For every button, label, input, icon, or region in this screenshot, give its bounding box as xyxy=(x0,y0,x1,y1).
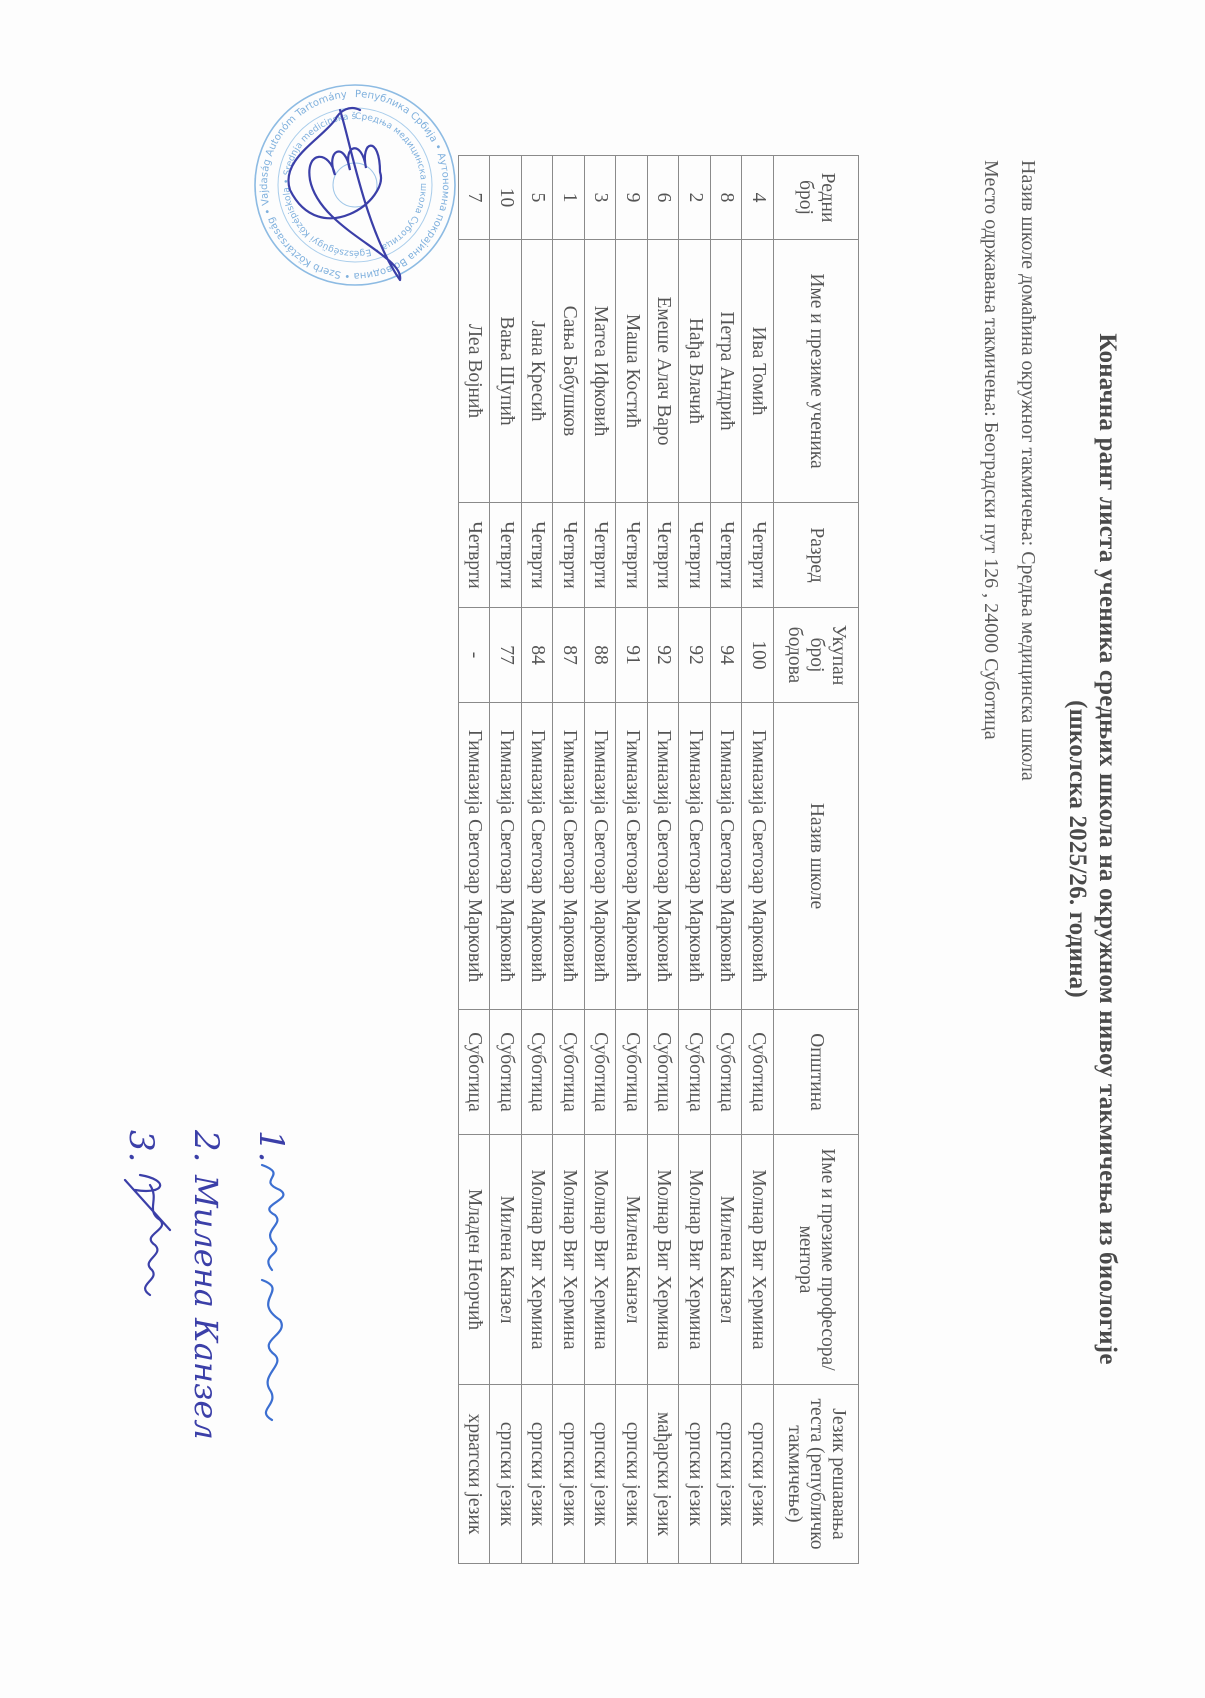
cell-school: Гимназија Светозар Марковић xyxy=(490,703,522,1010)
official-stamp-icon: Република Србија • Аутономна покрајина В… xyxy=(250,80,460,290)
cell-name: Петра Андрић xyxy=(711,240,743,503)
cell-school: Гимназија Светозар Марковић xyxy=(648,703,680,1010)
cell-points: 77 xyxy=(490,608,522,703)
cell-no: 10 xyxy=(490,156,522,240)
cell-mentor: Милена Канзел xyxy=(711,1135,743,1385)
column-header: Језик решавања теста (републичко такмиче… xyxy=(774,1385,859,1564)
table-row: 1Сања БабушковЧетврти87Гимназија Светоза… xyxy=(553,156,585,1564)
cell-language: српски језик xyxy=(490,1385,522,1564)
cell-no: 4 xyxy=(742,156,774,240)
cell-mentor: Милена Канзел xyxy=(490,1135,522,1385)
cell-grade: Четврти xyxy=(522,503,554,608)
signature-number-2: 2. xyxy=(186,1129,226,1162)
cell-points: 92 xyxy=(648,608,680,703)
table-row: 9Маша КостићЧетврти91Гимназија Светозар … xyxy=(616,156,648,1564)
cell-mentor: Молнар Виг Хермина xyxy=(585,1135,617,1385)
ranking-table: Редни бројИме и презиме ученикаРазредУку… xyxy=(458,155,859,1564)
table-row: 7Леа ВојнићЧетврти-Гимназија Светозар Ма… xyxy=(459,156,491,1564)
signature-1-icon xyxy=(262,1165,283,1420)
cell-school: Гимназија Светозар Марковић xyxy=(553,703,585,1010)
cell-language: српски језик xyxy=(616,1385,648,1564)
cell-no: 1 xyxy=(553,156,585,240)
cell-grade: Четврти xyxy=(648,503,680,608)
cell-grade: Четврти xyxy=(490,503,522,608)
cell-language: српски језик xyxy=(553,1385,585,1564)
cell-points: 91 xyxy=(616,608,648,703)
cell-points: 87 xyxy=(553,608,585,703)
document-page: Коначна ранг листа ученика средњих школа… xyxy=(0,0,1205,1698)
cell-school: Гимназија Светозар Марковић xyxy=(679,703,711,1010)
venue-line: Место одржавања такмичења: Београдски пу… xyxy=(979,160,1002,740)
signature-3-icon xyxy=(125,1175,170,1295)
cell-name: Вања Шупић xyxy=(490,240,522,503)
column-header: Име и презиме професора/ментора xyxy=(774,1135,859,1385)
cell-mentor: Младен Неорчић xyxy=(459,1135,491,1385)
cell-points: 84 xyxy=(522,608,554,703)
cell-municipality: Суботица xyxy=(648,1010,680,1135)
cell-mentor: Милена Канзел xyxy=(616,1135,648,1385)
cell-school: Гимназија Светозар Марковић xyxy=(742,703,774,1010)
cell-grade: Четврти xyxy=(585,503,617,608)
cell-name: Маша Костић xyxy=(616,240,648,503)
column-header: Укупан број бодова xyxy=(774,608,859,703)
cell-municipality: Суботица xyxy=(711,1010,743,1135)
cell-points: 92 xyxy=(679,608,711,703)
cell-name: Ива Томић xyxy=(742,240,774,503)
cell-name: Сања Бабушков xyxy=(553,240,585,503)
cell-school: Гимназија Светозар Марковић xyxy=(616,703,648,1010)
table-row: 8Петра АндрићЧетврти94Гимназија Светозар… xyxy=(711,156,743,1564)
cell-mentor: Молнар Виг Хермина xyxy=(553,1135,585,1385)
cell-grade: Четврти xyxy=(616,503,648,608)
column-header: Општина xyxy=(774,1010,859,1135)
cell-points: 94 xyxy=(711,608,743,703)
cell-municipality: Суботица xyxy=(742,1010,774,1135)
cell-municipality: Суботица xyxy=(553,1010,585,1135)
cell-mentor: Молнар Виг Хермина xyxy=(648,1135,680,1385)
cell-grade: Четврти xyxy=(711,503,743,608)
document-subtitle: (школска 2025/26. година) xyxy=(1063,0,1091,1698)
cell-no: 7 xyxy=(459,156,491,240)
cell-points: 100 xyxy=(742,608,774,703)
cell-grade: Четврти xyxy=(679,503,711,608)
cell-grade: Четврти xyxy=(553,503,585,608)
cell-municipality: Суботица xyxy=(616,1010,648,1135)
cell-name: Леа Војнић xyxy=(459,240,491,503)
cell-school: Гимназија Светозар Марковић xyxy=(711,703,743,1010)
cell-no: 5 xyxy=(522,156,554,240)
column-header: Редни број xyxy=(774,156,859,240)
cell-language: српски језик xyxy=(711,1385,743,1564)
table-row: 10Вања ШупићЧетврти77Гимназија Светозар … xyxy=(490,156,522,1564)
cell-points: - xyxy=(459,608,491,703)
cell-name: Јана Кресић xyxy=(522,240,554,503)
cell-municipality: Суботица xyxy=(679,1010,711,1135)
table-row: 4Ива ТомићЧетврти100Гимназија Светозар М… xyxy=(742,156,774,1564)
cell-language: српски језик xyxy=(679,1385,711,1564)
cell-language: српски језик xyxy=(585,1385,617,1564)
cell-no: 2 xyxy=(679,156,711,240)
column-header: Назив школе xyxy=(774,703,859,1010)
cell-language: хрватски језик xyxy=(459,1385,491,1564)
cell-language: мађарски језик xyxy=(648,1385,680,1564)
column-header: Разред xyxy=(774,503,859,608)
cell-grade: Четврти xyxy=(742,503,774,608)
cell-name: Нађа Влачић xyxy=(679,240,711,503)
column-header: Име и презиме ученика xyxy=(774,240,859,503)
cell-school: Гимназија Светозар Марковић xyxy=(585,703,617,1010)
host-school-line: Назив школе домаћина окружног такмичења:… xyxy=(1016,160,1039,781)
signature-number-3: 3. xyxy=(121,1130,161,1162)
cell-municipality: Суботица xyxy=(585,1010,617,1135)
cell-language: српски језик xyxy=(742,1385,774,1564)
cell-no: 9 xyxy=(616,156,648,240)
signature-number-1: 1. xyxy=(251,1130,291,1162)
cell-mentor: Молнар Виг Хермина xyxy=(522,1135,554,1385)
cell-no: 6 xyxy=(648,156,680,240)
document-title: Коначна ранг листа ученика средњих школа… xyxy=(1093,0,1121,1698)
cell-grade: Четврти xyxy=(459,503,491,608)
signature-2-text: Милена Канзел xyxy=(187,1174,225,1440)
table-row: 2Нађа ВлачићЧетврти92Гимназија Светозар … xyxy=(679,156,711,1564)
commission-signatures: 1. 2. Милена Канзел 3. xyxy=(110,1120,310,1520)
cell-municipality: Суботица xyxy=(522,1010,554,1135)
cell-municipality: Суботица xyxy=(459,1010,491,1135)
table-row: 5Јана КресићЧетврти84Гимназија Светозар … xyxy=(522,156,554,1564)
cell-name: Емеше Алач Варо xyxy=(648,240,680,503)
cell-name: Матеа Ифковић xyxy=(585,240,617,503)
cell-no: 8 xyxy=(711,156,743,240)
cell-mentor: Молнар Виг Хермина xyxy=(679,1135,711,1385)
table-header-row: Редни бројИме и презиме ученикаРазредУку… xyxy=(774,156,859,1564)
table-row: 3Матеа ИфковићЧетврти88Гимназија Светоза… xyxy=(585,156,617,1564)
cell-no: 3 xyxy=(585,156,617,240)
cell-mentor: Молнар Виг Хермина xyxy=(742,1135,774,1385)
cell-school: Гимназија Светозар Марковић xyxy=(459,703,491,1010)
cell-language: српски језик xyxy=(522,1385,554,1564)
cell-points: 88 xyxy=(585,608,617,703)
table-row: 6Емеше Алач ВароЧетврти92Гимназија Свето… xyxy=(648,156,680,1564)
cell-school: Гимназија Светозар Марковић xyxy=(522,703,554,1010)
cell-municipality: Суботица xyxy=(490,1010,522,1135)
